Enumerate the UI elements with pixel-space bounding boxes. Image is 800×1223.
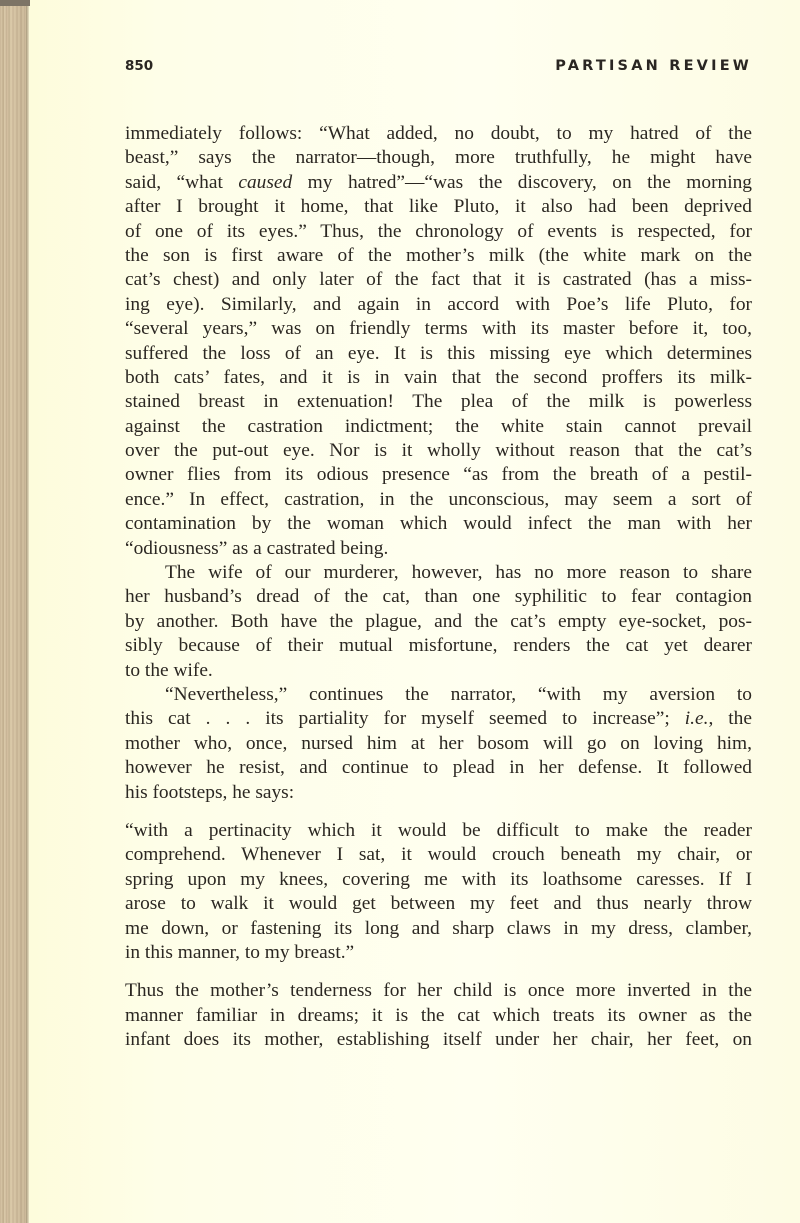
text-line: her husband’s dread of the cat, than one…: [125, 585, 752, 609]
text-line: however he resist, and continue to plead…: [125, 756, 752, 780]
italic-emphasis: i.e.: [685, 708, 709, 729]
text-line: spring upon my knees, covering me with i…: [125, 868, 752, 892]
text-line: against the castration indictment; the w…: [125, 415, 752, 439]
text-line: this cat . . . its partiality for myself…: [125, 707, 752, 731]
text-line: by another. Both have the plague, and th…: [125, 610, 752, 634]
text-line: said, “what caused my hatred”—“was the d…: [125, 171, 752, 195]
text-line: arose to walk it would get between my fe…: [125, 892, 752, 916]
text-line: comprehend. Whenever I sat, it would cro…: [125, 843, 752, 867]
text-line: Thus the mother’s tenderness for her chi…: [125, 979, 752, 1003]
text-line: beast,” says the narrator—though, more t…: [125, 146, 752, 170]
paragraph-indented: “Nevertheless,” continues the narrator, …: [125, 683, 752, 805]
journal-title: PARTISAN REVIEW: [555, 58, 752, 74]
text-line: The wife of our murderer, however, has n…: [125, 561, 752, 585]
text-line: infant does its mother, establishing its…: [125, 1028, 752, 1052]
text-line: of one of its eyes.” Thus, the chronolog…: [125, 220, 752, 244]
text-line: “with a pertinacity which it would be di…: [125, 819, 752, 843]
text-line: over the put-out eye. Nor is it wholly w…: [125, 439, 752, 463]
text-segment: said, “what: [125, 172, 238, 193]
text-line: to the wife.: [125, 659, 752, 683]
italic-emphasis: caused: [238, 172, 292, 193]
paragraph-indented: The wife of our murderer, however, has n…: [125, 561, 752, 683]
text-line: me down, or fastening its long and sharp…: [125, 917, 752, 941]
running-head: 850 PARTISAN REVIEW: [125, 58, 752, 78]
text-line: “odiousness” as a castrated being.: [125, 537, 752, 561]
text-line: in this manner, to my breast.”: [125, 941, 752, 965]
text-segment: this cat . . . its partiality for myself…: [125, 708, 685, 729]
text-line: sibly because of their mutual misfortune…: [125, 634, 752, 658]
text-segment: my hatred”—“was the discovery, on the mo…: [292, 172, 752, 193]
body-text: immediately follows: “What added, no dou…: [125, 122, 752, 1052]
text-line: owner flies from its odious presence “as…: [125, 463, 752, 487]
text-line: ence.” In effect, castration, in the unc…: [125, 488, 752, 512]
text-line: mother who, once, nursed him at her boso…: [125, 732, 752, 756]
text-segment: , the: [708, 708, 752, 729]
text-line: stained breast in extenuation! The plea …: [125, 390, 752, 414]
text-line: after I brought it home, that like Pluto…: [125, 195, 752, 219]
text-line: the son is first aware of the mother’s m…: [125, 244, 752, 268]
text-line: cat’s chest) and only later of the fact …: [125, 268, 752, 292]
text-line: his footsteps, he says:: [125, 781, 752, 805]
text-line: contamination by the woman which would i…: [125, 512, 752, 536]
paragraph-flush: Thus the mother’s tenderness for her chi…: [125, 979, 752, 1052]
text-line: suffered the loss of an eye. It is this …: [125, 342, 752, 366]
text-line: ing eye). Similarly, and again in accord…: [125, 293, 752, 317]
text-line: “Nevertheless,” continues the narrator, …: [125, 683, 752, 707]
paragraph-block-quote: “with a pertinacity which it would be di…: [125, 819, 752, 965]
text-line: immediately follows: “What added, no dou…: [125, 122, 752, 146]
paragraph-continued: immediately follows: “What added, no dou…: [125, 122, 752, 561]
text-line: “several years,” was on friendly terms w…: [125, 317, 752, 341]
text-line: both cats’ fates, and it is in vain that…: [125, 366, 752, 390]
page-number: 850: [125, 58, 153, 74]
spine-shadow: [26, 0, 29, 1223]
book-spine-edge: [0, 0, 26, 1223]
text-line: manner familiar in dreams; it is the cat…: [125, 1004, 752, 1028]
spine-top-shadow: [0, 0, 30, 6]
